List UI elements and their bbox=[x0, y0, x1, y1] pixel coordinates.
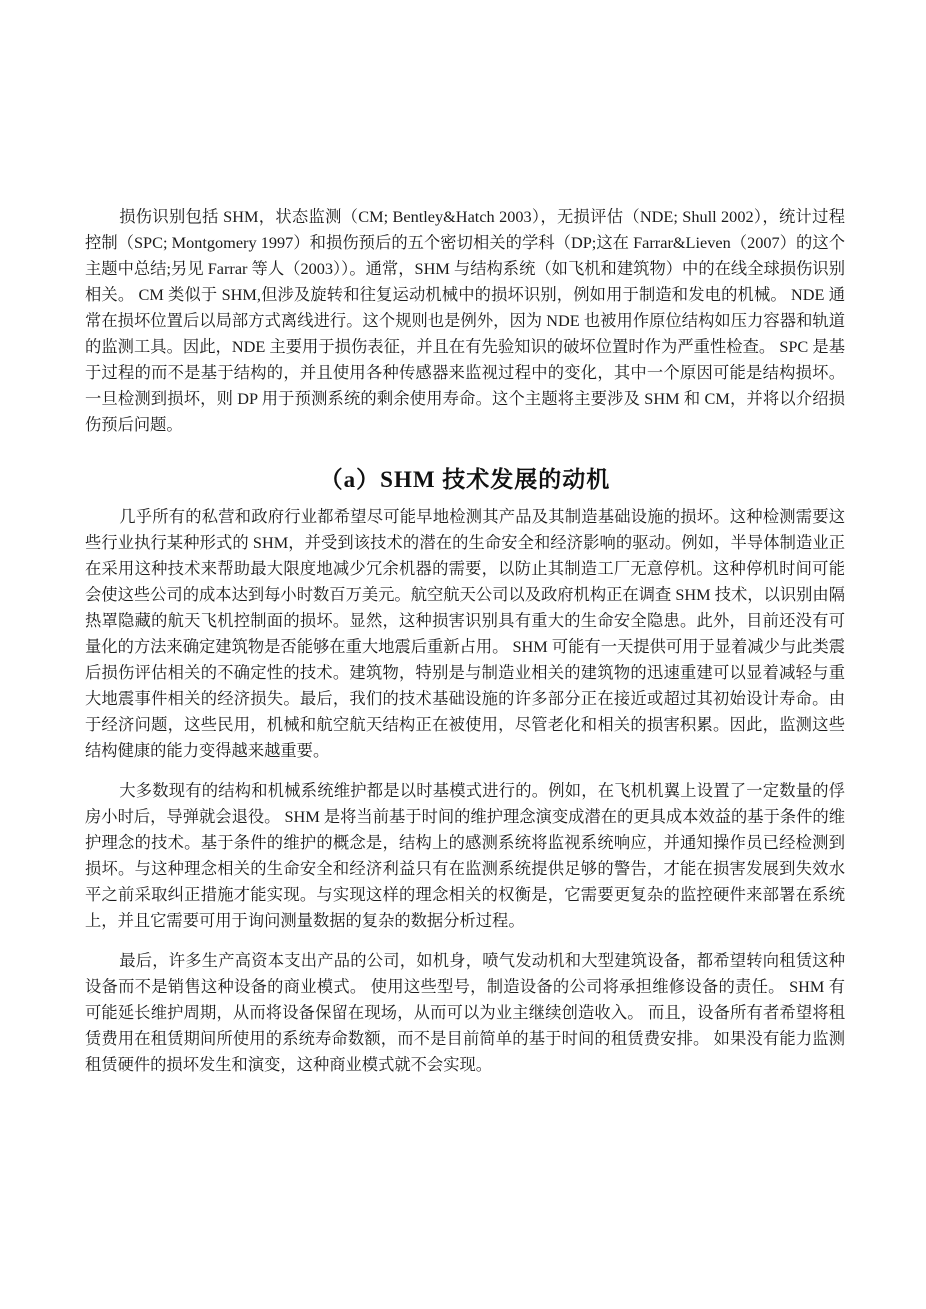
text-column: 损伤识别包括 SHM，状态监测（CM; Bentley&Hatch 2003），… bbox=[0, 0, 926, 1078]
paragraph-leasing-business-model: 最后，许多生产高资本支出产品的公司，如机身，喷气发动机和大型建筑设备，都希望转向… bbox=[85, 948, 845, 1078]
paragraph-industry-motivation: 几乎所有的私营和政府行业都希望尽可能早地检测其产品及其制造基础设施的损坏。这种检… bbox=[85, 504, 845, 764]
paragraph-damage-identification-overview: 损伤识别包括 SHM，状态监测（CM; Bentley&Hatch 2003），… bbox=[85, 204, 845, 438]
section-heading-shm-motivation: （a）SHM 技术发展的动机 bbox=[85, 460, 845, 500]
document-page: 损伤识别包括 SHM，状态监测（CM; Bentley&Hatch 2003），… bbox=[0, 0, 926, 1309]
paragraph-condition-based-maintenance: 大多数现有的结构和机械系统维护都是以时基模式进行的。例如，在飞机机翼上设置了一定… bbox=[85, 778, 845, 934]
